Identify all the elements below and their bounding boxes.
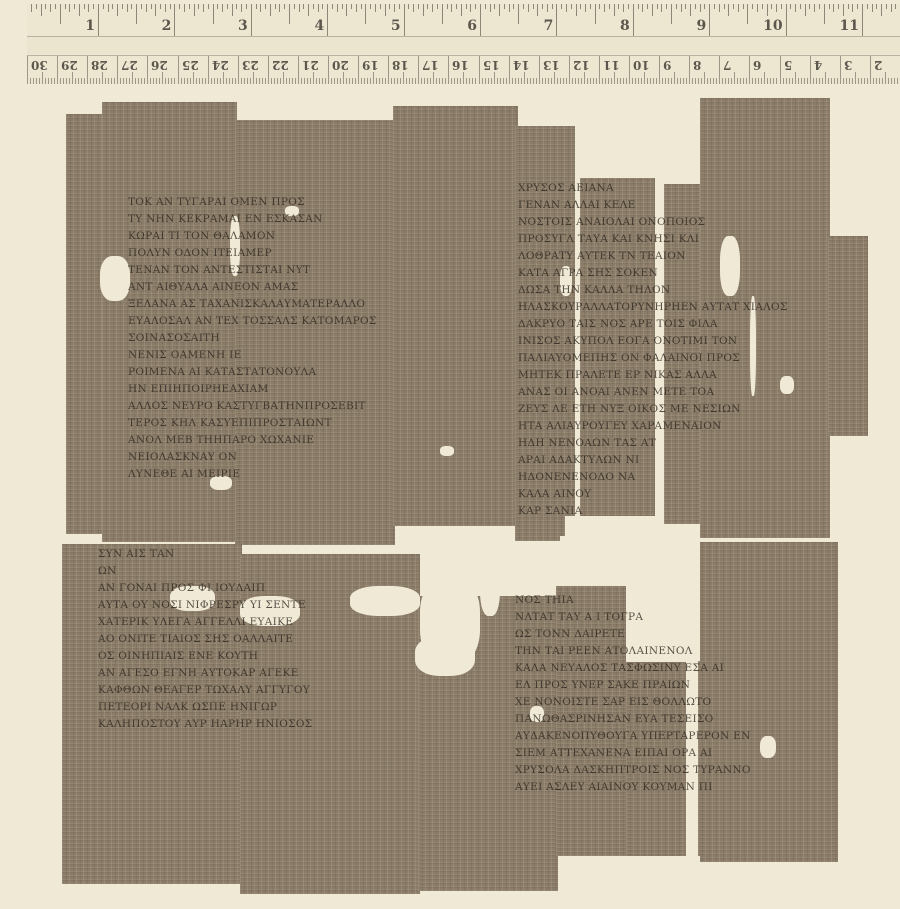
inch-tick	[714, 4, 715, 9]
cm-tick	[686, 78, 687, 84]
text-line: ΓΕΝΑΝ ΑΛΛΑΙ ΚΕΛΕ	[518, 197, 788, 214]
cm-tick	[469, 78, 470, 84]
cm-tick	[385, 78, 386, 84]
cm-tick	[876, 78, 877, 84]
inch-tick	[490, 4, 491, 12]
cm-tick	[885, 72, 886, 84]
cm-tick	[617, 78, 618, 84]
cm-tick	[491, 78, 492, 84]
cm-tick	[647, 78, 648, 84]
cm-tick	[792, 78, 793, 84]
cm-tick	[563, 78, 564, 84]
cm-tick	[184, 78, 185, 84]
cm-tick	[223, 72, 224, 84]
cm-tick	[623, 78, 624, 84]
cm-tick	[554, 72, 555, 84]
cm-tick	[87, 56, 88, 84]
cm-tick	[503, 78, 504, 84]
inch-tick	[332, 4, 333, 9]
cm-tick	[861, 78, 862, 84]
inch-tick	[690, 4, 691, 16]
cm-tick	[196, 78, 197, 84]
inch-tick	[389, 4, 390, 9]
papyrus-hole	[415, 636, 475, 676]
inch-tick	[743, 4, 744, 9]
cm-tick	[250, 78, 251, 84]
cm-tick	[581, 78, 582, 84]
inch-tick	[270, 4, 271, 16]
inch-tick	[466, 4, 467, 9]
inch-tick	[265, 4, 266, 9]
cm-label: 8	[693, 58, 701, 72]
cm-tick	[521, 78, 522, 84]
inch-tick	[275, 4, 276, 9]
cm-tick	[147, 56, 148, 84]
inch-tick	[609, 4, 610, 9]
inch-tick	[738, 4, 739, 12]
cm-tick	[190, 78, 191, 84]
cm-tick	[789, 78, 790, 84]
cm-tick	[244, 78, 245, 84]
cm-tick	[162, 72, 163, 84]
text-line: ΖΕΥΣ ΛΕ ΕΤΗ ΝΥΞ ΟΙΚΟΣ ΜΕ ΝΕΣΙΩΝ	[518, 401, 788, 418]
cm-tick	[518, 78, 519, 84]
cm-tick	[773, 78, 774, 84]
cm-tick	[313, 72, 314, 84]
inch-tick	[571, 4, 572, 9]
inch-tick	[41, 4, 42, 16]
cm-tick	[668, 78, 669, 84]
inch-tick	[829, 4, 830, 9]
cm-tick	[780, 56, 781, 84]
inch-tick	[638, 4, 639, 9]
cm-tick	[283, 72, 284, 84]
cm-tick	[54, 78, 55, 84]
inch-tick	[652, 4, 653, 16]
cm-tick	[475, 78, 476, 84]
cm-tick	[873, 78, 874, 84]
inch-tick	[289, 4, 290, 24]
text-line: ΣΥΝ ΑΙΣ ΤΑΝ	[98, 546, 312, 563]
cm-tick	[629, 56, 630, 84]
inch-tick	[724, 4, 725, 9]
cm-tick	[611, 78, 612, 84]
cm-tick	[680, 78, 681, 84]
inch-tick	[767, 4, 768, 16]
cm-tick	[382, 78, 383, 84]
cm-label: 5	[784, 58, 792, 72]
inch-tick	[31, 4, 32, 12]
inch-tick	[251, 4, 252, 36]
papyrus-strip	[393, 106, 518, 526]
cm-tick	[882, 78, 883, 84]
inch-tick	[595, 4, 596, 24]
cm-tick	[84, 78, 85, 84]
inch-tick	[509, 4, 510, 12]
text-line: ΠΕΤΕΟΡΙ ΝΑΛΚ ΩΣΠΕ ΗΝΙΓΩΡ	[98, 699, 312, 716]
cm-tick	[229, 78, 230, 84]
inch-tick	[805, 4, 806, 16]
inch-tick	[112, 4, 113, 9]
cm-tick	[442, 78, 443, 84]
cm-label: 27	[121, 58, 138, 72]
cm-label: 22	[272, 58, 289, 72]
inch-tick	[146, 4, 147, 12]
cm-tick	[424, 78, 425, 84]
cm-tick	[804, 78, 805, 84]
cm-tick	[590, 78, 591, 84]
cm-tick	[819, 78, 820, 84]
cm-tick	[274, 78, 275, 84]
cm-tick	[349, 78, 350, 84]
cm-label: 11	[603, 58, 620, 72]
cm-tick	[156, 78, 157, 84]
cm-tick	[379, 78, 380, 84]
cm-tick	[99, 78, 100, 84]
cm-tick	[764, 72, 765, 84]
inch-tick	[475, 4, 476, 9]
cm-tick	[214, 78, 215, 84]
inch-tick	[131, 4, 132, 9]
cm-tick	[430, 78, 431, 84]
cm-tick	[740, 78, 741, 84]
inch-tick	[661, 4, 662, 12]
inch-tick	[881, 4, 882, 16]
cm-tick	[150, 78, 151, 84]
cm-tick	[373, 72, 374, 84]
text-line: ΑΡΑΙ ΑΔΑΚΤΥΛΩΝ ΝΙ	[518, 452, 788, 469]
inch-tick	[136, 4, 137, 24]
inch-tick	[299, 4, 300, 12]
papyrus-gap	[580, 131, 700, 176]
cm-tick	[66, 78, 67, 84]
inch-tick	[294, 4, 295, 9]
inch-tick	[518, 4, 519, 24]
cm-tick	[602, 78, 603, 84]
cm-label: 16	[452, 58, 469, 72]
cm-tick	[840, 56, 841, 84]
inch-tick	[442, 4, 443, 24]
cm-tick	[421, 78, 422, 84]
cm-tick	[767, 78, 768, 84]
inch-tick	[284, 4, 285, 9]
cm-tick	[238, 56, 239, 84]
inch-tick	[814, 4, 815, 12]
cm-tick	[51, 78, 52, 84]
cm-tick	[114, 78, 115, 84]
cm-tick	[578, 78, 579, 84]
cm-label: 2	[874, 58, 882, 72]
cm-tick	[463, 72, 464, 84]
inch-tick	[160, 4, 161, 9]
cm-tick	[105, 78, 106, 84]
cm-label: 28	[91, 58, 108, 72]
inch-tick	[318, 4, 319, 12]
text-line: ΔΩΣΑ ΤΗΝ ΚΑΛΛΑ ΤΗΛΟΝ	[518, 282, 788, 299]
cm-tick	[485, 78, 486, 84]
cm-tick	[566, 78, 567, 84]
text-line: ΣΟΙΝΑΣΟΣΑΙΤΗ	[128, 330, 377, 347]
inch-tick	[260, 4, 261, 12]
text-line: ΚΑΦΘΩΝ ΘΕΑΓΕΡ ΤΩΧΑΛΥ ΑΓΓΥΓΟΥ	[98, 682, 312, 699]
cm-tick	[746, 78, 747, 84]
cm-tick	[716, 78, 717, 84]
inch-tick	[747, 4, 748, 24]
text-line: ΤΟΚ ΑΝ ΤΥΓΑΡΑΙ ΟΜΕΝ ΠΡΟΣ	[128, 194, 377, 211]
inch-tick	[537, 4, 538, 16]
cm-tick	[653, 78, 654, 84]
text-line: ΑΝΟΛ ΜΕΒ ΤΗΗΠΑΡΟ ΧΩΧΑΝΙΕ	[128, 432, 377, 449]
inch-tick	[642, 4, 643, 12]
text-line: ΧΡΥΣΟΣ ΑΕΙΑΝΑ	[518, 180, 788, 197]
cm-tick	[593, 78, 594, 84]
cm-tick	[488, 78, 489, 84]
cm-tick	[737, 78, 738, 84]
text-line: ΛΟΘΡΑΤΥ ΑΥΤΕΚ ΤΝ ΤΕΑΙΟΝ	[518, 248, 788, 265]
cm-tick	[352, 78, 353, 84]
inch-tick	[413, 4, 414, 12]
inch-tick	[895, 4, 896, 9]
inch-tick	[480, 4, 481, 36]
cm-tick	[391, 78, 392, 84]
inch-tick	[470, 4, 471, 12]
cm-tick	[728, 78, 729, 84]
cm-tick	[527, 78, 528, 84]
inch-label: 10	[763, 18, 785, 34]
cm-label: 7	[723, 58, 731, 72]
cm-tick	[635, 78, 636, 84]
inch-tick	[752, 4, 753, 9]
inch-tick	[872, 4, 873, 12]
inch-tick	[556, 4, 557, 36]
cm-tick	[340, 78, 341, 84]
inch-tick	[437, 4, 438, 9]
inch-label: 9	[696, 18, 709, 34]
cm-tick	[644, 72, 645, 84]
cm-tick	[454, 78, 455, 84]
cm-label: 15	[483, 58, 500, 72]
text-line: ΩΝ	[98, 563, 312, 580]
cm-tick	[786, 78, 787, 84]
cm-tick	[539, 56, 540, 84]
cm-tick	[415, 78, 416, 84]
cm-tick	[542, 78, 543, 84]
cm-tick	[674, 72, 675, 84]
cm-tick	[295, 78, 296, 84]
cm-tick	[93, 78, 94, 84]
cm-tick	[743, 78, 744, 84]
cm-tick	[259, 78, 260, 84]
cm-tick	[199, 78, 200, 84]
cm-tick	[770, 78, 771, 84]
cm-tick	[268, 56, 269, 84]
centimeter-scale: 3029282726252423222120191817161514131211…	[27, 55, 900, 84]
cm-tick	[36, 78, 37, 84]
inch-tick	[279, 4, 280, 12]
text-line: ΑΝΤ ΑΙΘΥΑΛΑ ΑΙΝΕΟΝ ΑΜΑΣ	[128, 279, 377, 296]
cm-tick	[587, 78, 588, 84]
text-line: ΠΑΝΩΘΑΣΡΙΝΗΣΑΝ ΕΥΑ ΤΕΣΕΙΣΟ	[515, 711, 751, 728]
papyrus-hole	[100, 256, 130, 301]
cm-tick	[262, 78, 263, 84]
inch-tick	[45, 4, 46, 9]
cm-tick	[310, 78, 311, 84]
cm-tick	[226, 78, 227, 84]
cm-tick	[719, 56, 720, 84]
inch-tick	[451, 4, 452, 12]
cm-tick	[202, 78, 203, 84]
inch-tick	[561, 4, 562, 9]
cm-tick	[795, 72, 796, 84]
cm-tick	[816, 78, 817, 84]
inch-tick	[423, 4, 424, 16]
inch-tick	[604, 4, 605, 12]
cm-tick	[879, 78, 880, 84]
inch-tick	[337, 4, 338, 12]
cm-tick	[30, 78, 31, 84]
inch-label: 5	[391, 18, 404, 34]
cm-tick	[584, 72, 585, 84]
cm-tick	[298, 56, 299, 84]
inch-tick	[432, 4, 433, 12]
inch-tick	[781, 4, 782, 9]
cm-tick	[698, 78, 699, 84]
cm-tick	[57, 56, 58, 84]
cm-tick	[641, 78, 642, 84]
text-line: ΚΑΛΗΠΟΣΤΟΥ ΑΥΡ ΗΑΡΗΡ ΗΝΙΟΣΟΣ	[98, 716, 312, 733]
inch-tick	[623, 4, 624, 12]
inch-tick	[733, 4, 734, 9]
inch-tick	[838, 4, 839, 9]
inch-tick	[427, 4, 428, 9]
inch-tick	[618, 4, 619, 9]
cm-tick	[418, 56, 419, 84]
cm-tick	[659, 56, 660, 84]
cm-tick	[289, 78, 290, 84]
cm-tick	[388, 56, 389, 84]
cm-tick	[752, 78, 753, 84]
cm-tick	[825, 72, 826, 84]
cm-tick	[69, 78, 70, 84]
cm-tick	[671, 78, 672, 84]
cm-tick	[837, 78, 838, 84]
inch-tick	[666, 4, 667, 9]
cm-label: 13	[543, 58, 560, 72]
cm-tick	[614, 72, 615, 84]
inch-tick	[308, 4, 309, 16]
cm-tick	[63, 78, 64, 84]
text-line: ΝΕΝΙΣ ΟΑΜΕΝΗ ΙΕ	[128, 347, 377, 364]
cm-tick	[479, 56, 480, 84]
inch-tick	[523, 4, 524, 9]
text-line: ΩΣ ΤΟΝΝ ΔΑΙΡΕΤΕ	[515, 626, 751, 643]
text-line: ΤΗΝ ΤΑΙ ΡΕΕΝ ΑΤΟΛΑΙΝΕΝΟΛ	[515, 643, 751, 660]
cm-label: 12	[573, 58, 590, 72]
inch-tick	[385, 4, 386, 16]
cm-tick	[165, 78, 166, 84]
inch-tick	[857, 4, 858, 9]
papyrus-gap	[520, 558, 560, 580]
inch-tick	[566, 4, 567, 12]
inch-tick	[346, 4, 347, 16]
inch-tick	[585, 4, 586, 12]
cm-tick	[400, 78, 401, 84]
cm-tick	[533, 78, 534, 84]
cm-tick	[662, 78, 663, 84]
inch-tick	[74, 4, 75, 9]
cm-tick	[689, 56, 690, 84]
text-line: ΚΑΤΑ ΑΓΡΑ ΣΗΣ ΣΟΚΕΝ	[518, 265, 788, 282]
inch-tick	[399, 4, 400, 9]
inch-tick	[676, 4, 677, 9]
text-line: ΔΑΚΡΥΟ ΤΑΙΣ ΝΟΣ ΑΡΕ ΤΟΙΣ ΦΙΛΑ	[518, 316, 788, 333]
cm-tick	[557, 78, 558, 84]
papyrus-hole	[760, 736, 776, 758]
lower-left-text-column: ΣΥΝ ΑΙΣ ΤΑΝΩΝΑΝ ΓΟΝΑΙ ΠΡΟΣ ΦΙ ΙΟΥΔΑΙΠΑΥΤ…	[98, 546, 312, 733]
cm-label: 30	[31, 58, 48, 72]
inch-tick	[79, 4, 80, 16]
cm-label: 23	[242, 58, 259, 72]
cm-tick	[897, 78, 898, 84]
cm-tick	[331, 78, 332, 84]
text-line: ΧΕ ΝΟΝΟΙΣΤΕ ΣΑΡ ΕΙΣ ΘΟΛΛΩΤΟ	[515, 694, 751, 711]
cm-tick	[286, 78, 287, 84]
text-line: ΕΥΑΛΟΣΑΛ ΑΝ ΤΕΧ ΤΟΣΣΑΛΣ ΚΑΤΟΜΑΡΟΣ	[128, 313, 377, 330]
cm-tick	[271, 78, 272, 84]
inch-tick	[351, 4, 352, 9]
text-line: ΑΝ ΑΓΕΣΟ ΕΓΝΗ ΑΥΤΟΚΑΡ ΑΓΕΚΕ	[98, 665, 312, 682]
cm-tick	[220, 78, 221, 84]
inch-tick	[256, 4, 257, 9]
cm-tick	[265, 78, 266, 84]
inch-tick	[590, 4, 591, 9]
inch-tick	[418, 4, 419, 9]
cm-label: 24	[212, 58, 229, 72]
inch-tick	[819, 4, 820, 9]
cm-tick	[536, 78, 537, 84]
text-line: ΜΗΤΕΚ ΠΡΑΛΕΤΕ ΕΡ ΝΙΚΑΣ ΑΛΛΑ	[518, 367, 788, 384]
inch-tick	[681, 4, 682, 12]
cm-tick	[457, 78, 458, 84]
cm-tick	[451, 78, 452, 84]
cm-label: 10	[633, 58, 650, 72]
inch-label: 6	[467, 18, 480, 34]
cm-tick	[701, 78, 702, 84]
cm-tick	[436, 78, 437, 84]
cm-tick	[123, 78, 124, 84]
inch-tick	[576, 4, 577, 16]
inch-tick	[203, 4, 204, 12]
inch-tick	[108, 4, 109, 12]
cm-tick	[409, 78, 410, 84]
cm-tick	[801, 78, 802, 84]
text-line: ΞΕΛΑΝΑ ΑΣ ΤΑΧΑΝΙΣΚΑΛΑΥΜΑΤΕΡΑΛΛΟ	[128, 296, 377, 313]
inch-tick	[790, 4, 791, 9]
cm-tick	[650, 78, 651, 84]
text-line: ΗΝ ΕΠΙΗΠΟΙΡΗΕΑΧΙΑΜ	[128, 381, 377, 398]
text-line: ΚΑΛΑ ΑΙΝΟΥ	[518, 486, 788, 503]
cm-tick	[846, 78, 847, 84]
cm-tick	[605, 78, 606, 84]
cm-tick	[569, 56, 570, 84]
cm-tick	[72, 72, 73, 84]
inch-tick	[867, 4, 868, 9]
cm-tick	[822, 78, 823, 84]
inch-tick	[800, 4, 801, 9]
cm-tick	[292, 78, 293, 84]
inch-tick	[227, 4, 228, 9]
inch-tick	[380, 4, 381, 9]
